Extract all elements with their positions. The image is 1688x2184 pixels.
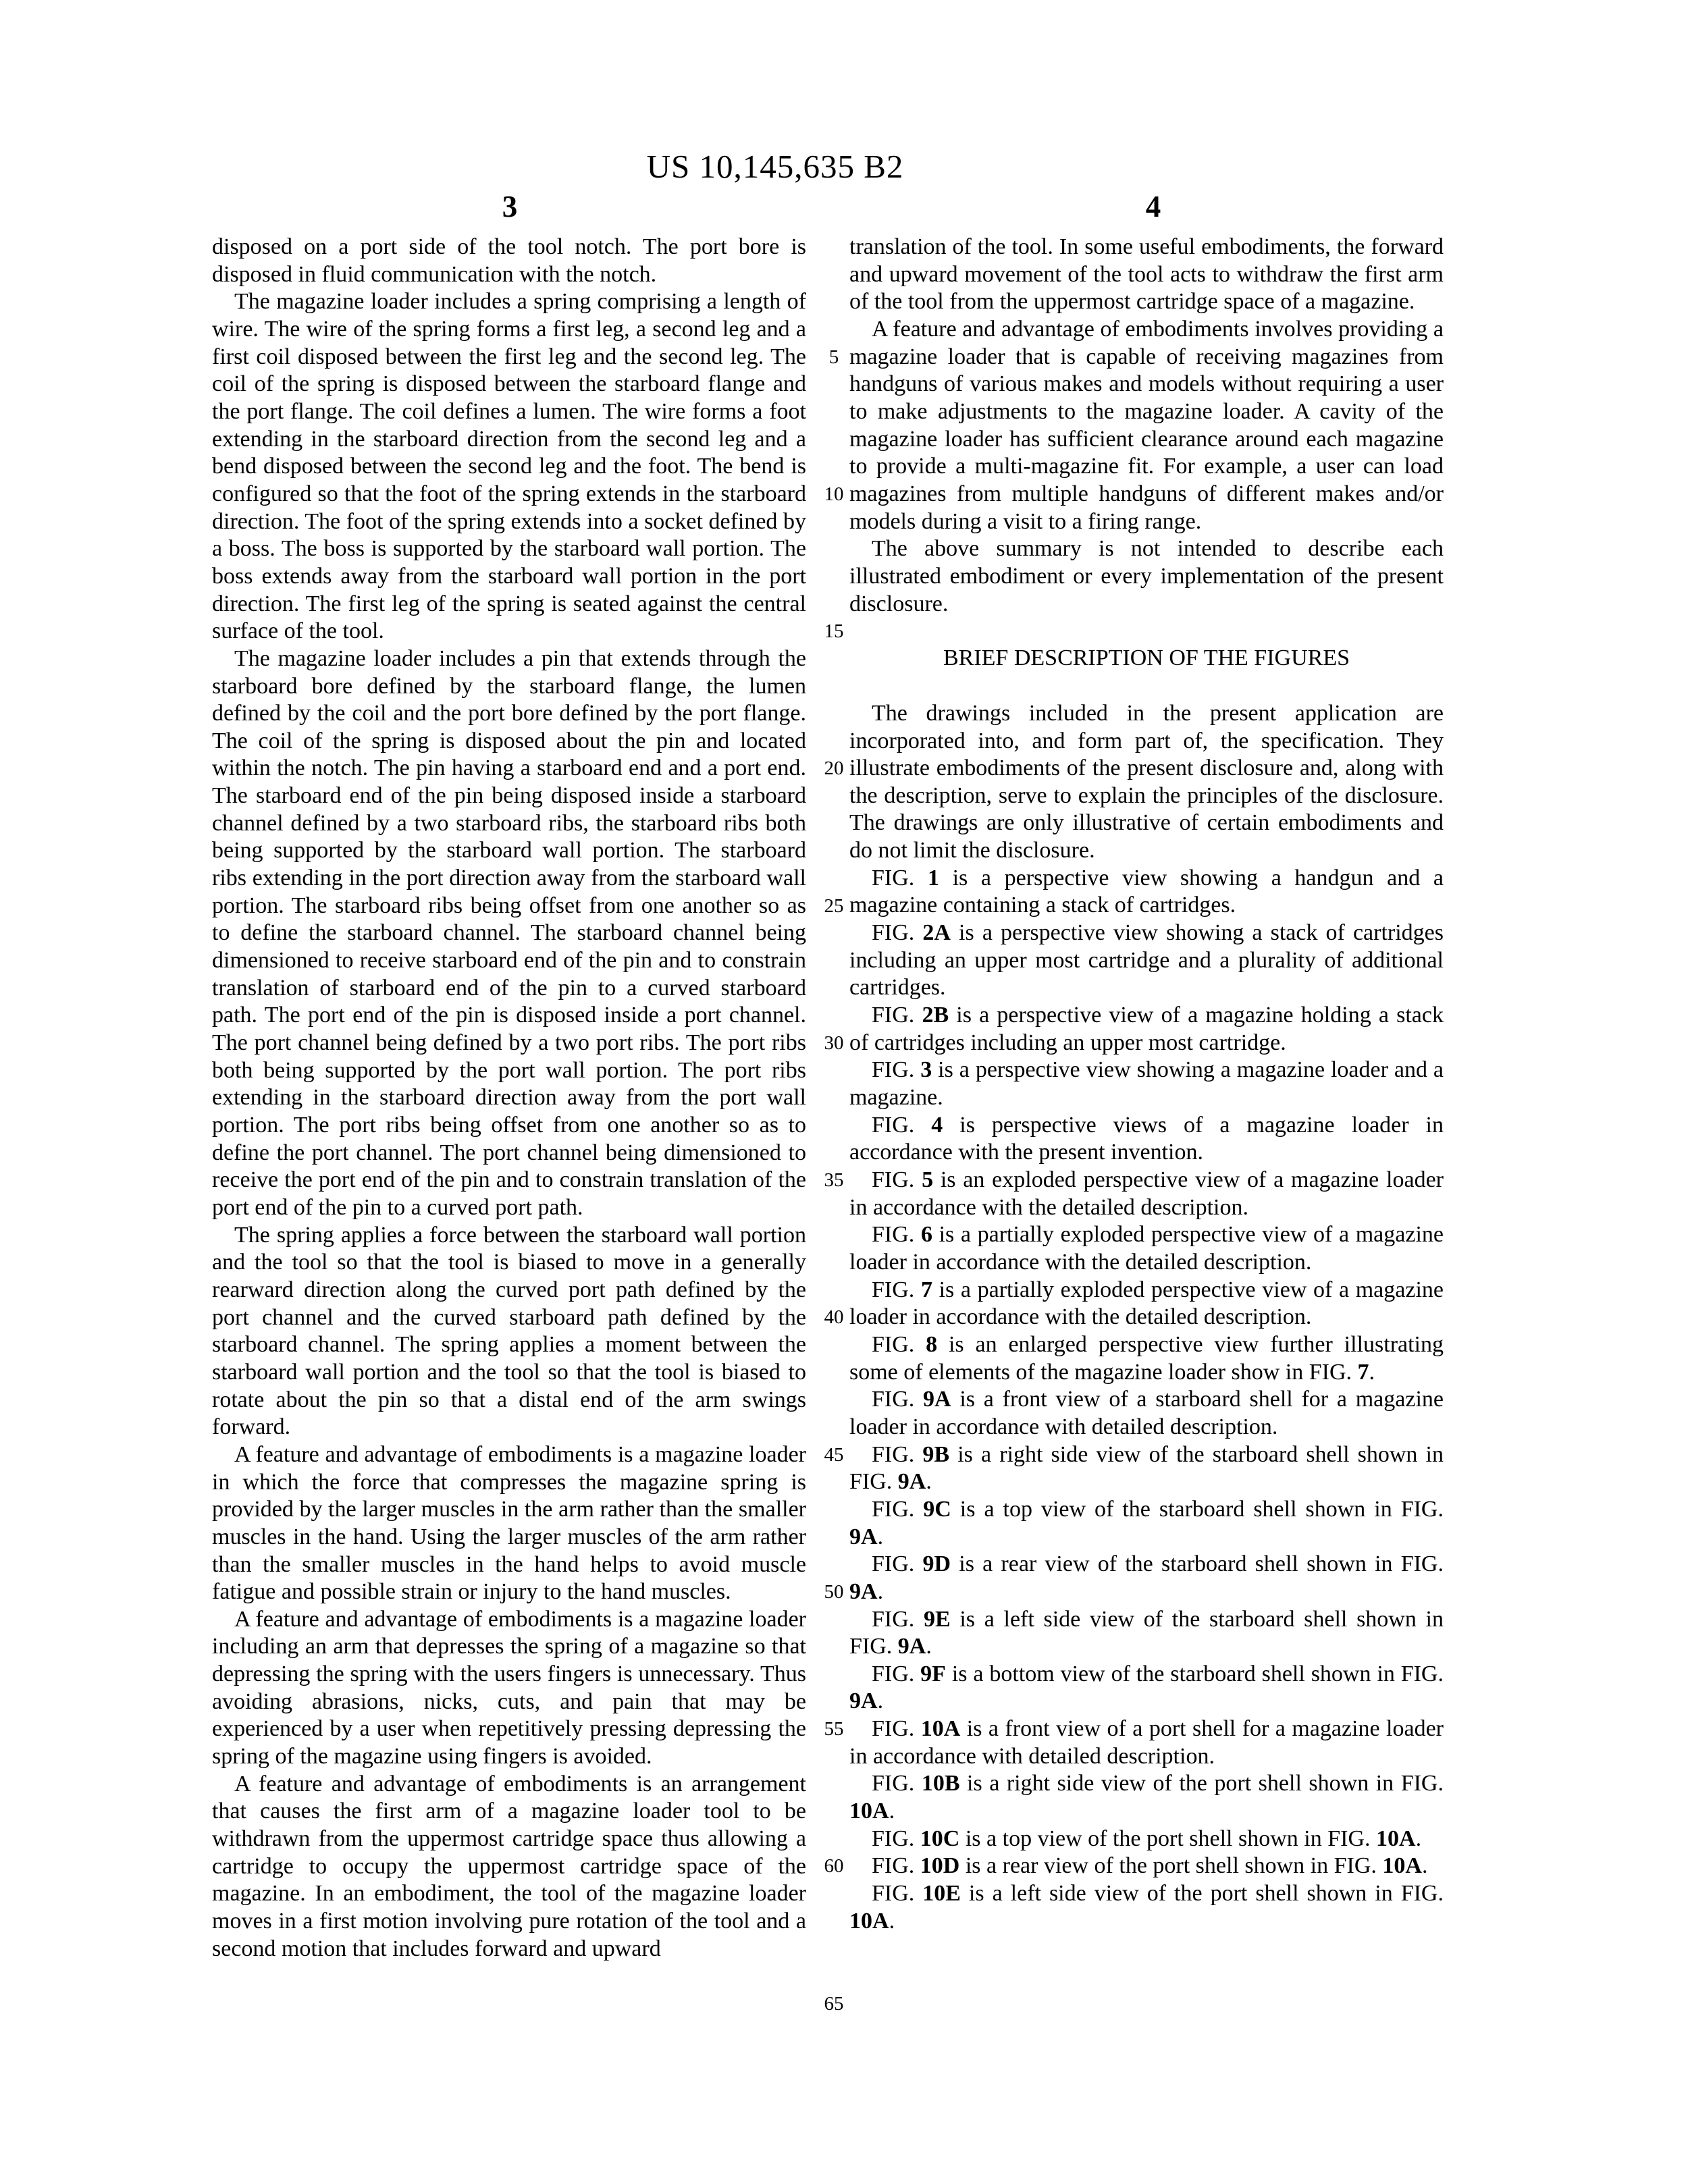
paragraph: FIG. 10C is a top view of the port shell… <box>849 1826 1444 1853</box>
line-number: 10 <box>809 481 859 508</box>
figure-number: 9A <box>898 1469 926 1494</box>
figure-number: 9F <box>920 1661 946 1686</box>
paragraph: FIG. 9E is a left side view of the starb… <box>849 1606 1444 1661</box>
figure-number: 10C <box>920 1826 960 1851</box>
line-number: 20 <box>809 755 859 782</box>
left-column-text: disposed on a port side of the tool notc… <box>212 234 806 1963</box>
paragraph: FIG. 7 is a partially exploded perspecti… <box>849 1277 1444 1331</box>
paragraph: The spring applies a force between the s… <box>212 1222 806 1441</box>
figure-number: 10B <box>922 1771 960 1796</box>
line-number: 40 <box>809 1304 859 1331</box>
line-number: 5 <box>809 344 859 371</box>
paragraph: A feature and advantage of embodiments i… <box>212 1606 806 1771</box>
figure-number: 8 <box>926 1332 937 1357</box>
figure-number: 10A <box>849 1799 889 1823</box>
paragraph: The above summary is not intended to des… <box>849 535 1444 618</box>
figure-number: 2A <box>922 920 951 945</box>
patent-page: US 10,145,635 B2 3 4 disposed on a port … <box>0 0 1688 2184</box>
figure-number: 7 <box>921 1277 932 1302</box>
section-heading: BRIEF DESCRIPTION OF THE FIGURES <box>849 645 1444 672</box>
figure-number: 9D <box>922 1551 951 1576</box>
figure-number: 10A <box>1382 1853 1422 1878</box>
right-column-text: translation of the tool. In some useful … <box>849 234 1444 1935</box>
paragraph: FIG. 2B is a perspective view of a magaz… <box>849 1002 1444 1057</box>
paragraph: A feature and advantage of embodiments i… <box>212 1441 806 1606</box>
paragraph: FIG. 8 is an enlarged perspective view f… <box>849 1331 1444 1386</box>
paragraph: disposed on a port side of the tool notc… <box>212 234 806 288</box>
paragraph: FIG. 3 is a perspective view showing a m… <box>849 1057 1444 1111</box>
paragraph: A feature and advantage of embodiments i… <box>212 1771 806 1963</box>
line-number: 60 <box>809 1853 859 1880</box>
paragraph: FIG. 9A is a front view of a starboard s… <box>849 1386 1444 1441</box>
figure-number: 9A <box>849 1524 878 1549</box>
line-number: 55 <box>809 1715 859 1743</box>
figure-number: 6 <box>921 1222 932 1247</box>
paragraph: FIG. 10E is a left side view of the port… <box>849 1880 1444 1935</box>
paragraph: FIG. 9B is a right side view of the star… <box>849 1441 1444 1496</box>
paragraph: The magazine loader includes a spring co… <box>212 288 806 645</box>
figure-number: 5 <box>922 1167 933 1192</box>
line-number: 25 <box>809 893 859 920</box>
paragraph: FIG. 1 is a perspective view showing a h… <box>849 865 1444 920</box>
paragraph: A feature and advantage of embodiments i… <box>849 316 1444 535</box>
figure-number: 2B <box>922 1003 949 1028</box>
patent-number-header: US 10,145,635 B2 <box>647 147 904 186</box>
paragraph: FIG. 9F is a bottom view of the starboar… <box>849 1661 1444 1715</box>
paragraph: FIG. 9C is a top view of the starboard s… <box>849 1496 1444 1551</box>
figure-number: 9B <box>922 1442 949 1467</box>
paragraph: FIG. 2A is a perspective view showing a … <box>849 920 1444 1002</box>
figure-number: 9A <box>849 1688 878 1713</box>
paragraph: The magazine loader includes a pin that … <box>212 645 806 1222</box>
figure-number: 10D <box>920 1853 960 1878</box>
paragraph: FIG. 6 is a partially exploded perspecti… <box>849 1221 1444 1276</box>
line-number: 15 <box>809 618 859 645</box>
paragraph: FIG. 10B is a right side view of the por… <box>849 1770 1444 1825</box>
figure-number: 9C <box>923 1497 951 1522</box>
paragraph: FIG. 9D is a rear view of the starboard … <box>849 1551 1444 1605</box>
figure-number: 9E <box>924 1607 951 1632</box>
right-column-number: 4 <box>1146 189 1161 224</box>
line-number: 30 <box>809 1030 859 1057</box>
paragraph: The drawings included in the present app… <box>849 700 1444 865</box>
paragraph: FIG. 4 is perspective views of a magazin… <box>849 1112 1444 1167</box>
figure-number: 10E <box>922 1881 961 1906</box>
line-number: 65 <box>809 1990 859 2018</box>
line-number: 45 <box>809 1441 859 1469</box>
figure-number: 3 <box>920 1057 932 1082</box>
paragraph: FIG. 5 is an exploded perspective view o… <box>849 1167 1444 1221</box>
left-column-number: 3 <box>502 189 518 224</box>
figure-number: 4 <box>931 1113 943 1138</box>
figure-number: 10A <box>1376 1826 1416 1851</box>
figure-number: 7 <box>1358 1360 1369 1385</box>
figure-number: 10A <box>921 1716 961 1741</box>
paragraph: FIG. 10D is a rear view of the port shel… <box>849 1853 1444 1880</box>
figure-number: 10A <box>849 1909 889 1934</box>
line-number: 50 <box>809 1578 859 1606</box>
figure-number: 9A <box>923 1387 951 1412</box>
figure-number: 1 <box>928 865 939 890</box>
paragraph: FIG. 10A is a front view of a port shell… <box>849 1715 1444 1770</box>
figure-number: 9A <box>898 1634 926 1659</box>
paragraph: translation of the tool. In some useful … <box>849 234 1444 316</box>
line-number: 35 <box>809 1167 859 1194</box>
